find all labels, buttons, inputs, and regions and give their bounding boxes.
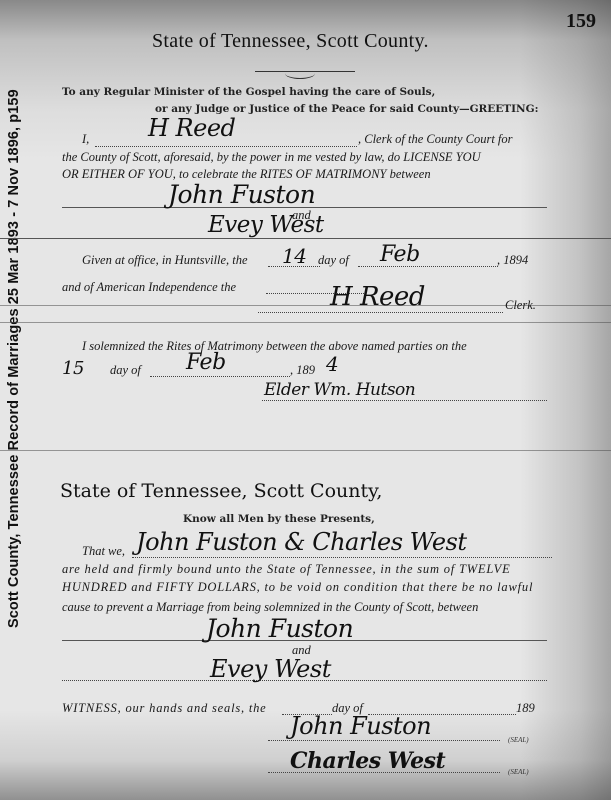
solemnized-month-handwritten: Feb — [186, 350, 226, 375]
license-groom-handwritten: John Fuston — [168, 180, 315, 209]
clerk-label: Clerk. — [505, 298, 536, 313]
license-title: State of Tennessee, Scott County. — [152, 30, 429, 53]
obligors-line — [132, 557, 552, 558]
obligors-handwritten: John Fuston & Charles West — [136, 528, 467, 556]
solemnized-statement: I solemnized the Rites of Matrimony betw… — [82, 339, 467, 354]
signature-2-handwritten: Charles West — [290, 748, 445, 774]
signature-line-1 — [268, 740, 500, 741]
bond-title: State of Tennessee, Scott County, — [60, 480, 382, 502]
bride-line — [0, 238, 611, 239]
license-bride-handwritten: Evey West — [208, 212, 324, 238]
faint-rule — [0, 322, 611, 323]
that-we-label: That we, — [82, 544, 125, 559]
officiant-line — [262, 400, 547, 401]
greeting-line-1: To any Regular Minister of the Gospel ha… — [62, 86, 435, 98]
clerk-signature-handwritten: H Reed — [330, 282, 425, 312]
solemnized-year-handwritten: 4 — [326, 352, 338, 376]
independence-text: and of American Independence the — [62, 280, 236, 295]
clerk-name-handwritten: H Reed — [148, 114, 235, 142]
archive-caption: Scott County, Tennessee Record of Marria… — [6, 89, 22, 628]
bond-groom-handwritten: John Fuston — [206, 614, 353, 643]
officiant-handwritten: Elder Wm. Hutson — [264, 380, 415, 400]
solemnized-day-handwritten: 15 — [62, 358, 84, 379]
bond-body-line-3: cause to prevent a Marriage from being s… — [62, 600, 478, 615]
clerk-title-text: , Clerk of the County Court for — [358, 132, 513, 147]
given-day-label: day of — [318, 253, 349, 268]
page-number: 159 — [566, 10, 596, 33]
license-body-line-2: the County of Scott, aforesaid, by the p… — [62, 150, 481, 165]
solemnized-day-label: day of — [110, 363, 141, 378]
section-divider — [0, 450, 611, 451]
bond-body-line-1: are held and firmly bound unto the State… — [62, 562, 511, 577]
clerk-signature-line — [258, 312, 503, 313]
solemnized-month-line — [150, 376, 290, 377]
given-year: , 1894 — [497, 253, 528, 268]
seal-label-2: (SEAL) — [508, 768, 529, 776]
bond-body-line-2: HUNDRED and FIFTY DOLLARS, to be void on… — [62, 580, 533, 595]
given-at-office-text: Given at office, in Huntsville, the — [82, 253, 248, 268]
title-flourish-swash — [285, 68, 315, 79]
bond-bride-handwritten: Evey West — [210, 655, 331, 683]
witness-text: WITNESS, our hands and seals, the — [62, 701, 267, 716]
solemnized-year-prefix: , 189 — [290, 363, 315, 378]
clerk-name-line — [95, 146, 357, 147]
given-day-handwritten: 14 — [282, 244, 306, 268]
signature-1-handwritten: John Fuston — [290, 712, 431, 740]
seal-label-1: (SEAL) — [508, 736, 529, 744]
given-month-handwritten: Feb — [380, 242, 420, 267]
clerk-prefix: I, — [82, 132, 89, 147]
given-month-line — [358, 266, 498, 267]
witness-year: 189 — [516, 701, 535, 716]
marriage-record-page: Scott County, Tennessee Record of Marria… — [0, 0, 611, 800]
bond-subtitle: Know all Men by these Presents, — [183, 513, 375, 525]
